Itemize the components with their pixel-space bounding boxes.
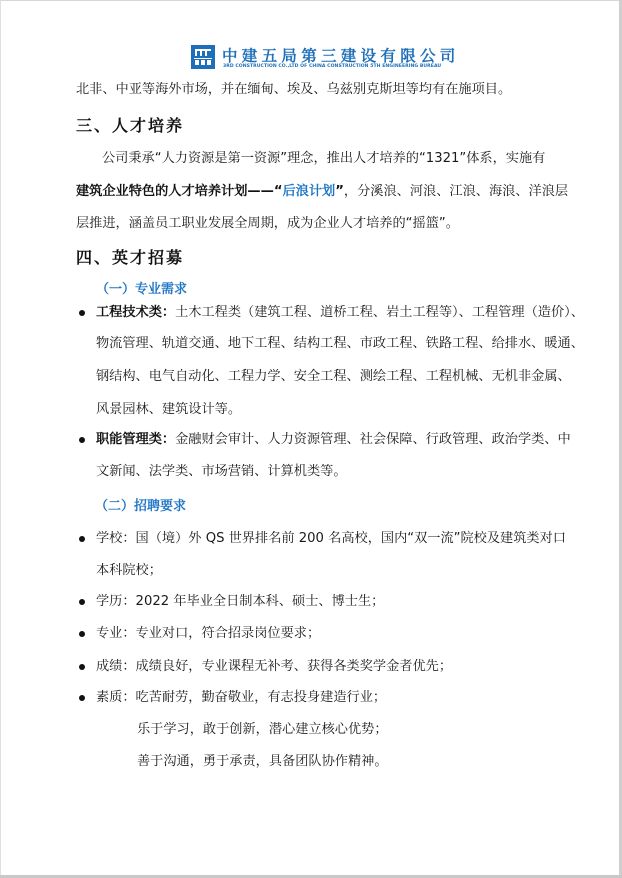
paragraph-line: 建筑企业特色的人才培养计划——“后浪计划”，分溪浪、河浪、江浪、海浪、洋浪层 [76, 183, 568, 201]
list-item-label: 工程技术类： [96, 305, 175, 320]
intro-tail-text: 北非、中亚等海外市场，并在缅甸、埃及、乌兹别克斯坦等均有在施项目。 [76, 81, 511, 99]
bullet-icon [79, 599, 85, 605]
houlang-plan-highlight: 后浪计划 [282, 184, 335, 199]
requirement-education: 学历：2022 年毕业全日制本科、硕士、博士生； [96, 593, 384, 611]
list-item-continuation: 钢结构、电气自动化、工程力学、安全工程、测绘工程、工程机械、无机非金属、 [96, 368, 571, 386]
list-item-continuation: 本科院校； [96, 562, 162, 580]
requirement-school: 学校：国（境）外 QS 世界排名前 200 名高校，国内“双一流”院校及建筑类对… [96, 530, 566, 548]
bullet-icon [79, 536, 85, 542]
paragraph-line: 层推进，涵盖员工职业发展全周期，成为企业人才培养的“摇篮”。 [76, 215, 459, 233]
bullet-icon [79, 664, 85, 670]
list-item-engineering: 工程技术类：土木工程类（建筑工程、道桥工程、岩土工程等）、工程管理（造价）、 [96, 304, 584, 322]
plan-title-bold: 建筑企业特色的人才培养计划—— [76, 184, 274, 199]
company-name-en: 3RD CONSTRUCTION CO.,LTD OF CHINA CONSTR… [223, 64, 441, 69]
subheading-major-requirements: （一）专业需求 [96, 278, 187, 297]
cscec-logo-icon [191, 45, 215, 69]
list-item-continuation: 风景园林、建筑设计等。 [96, 401, 241, 419]
section-heading-talent-training: 三、人才培养 [76, 113, 184, 136]
list-item-management: 职能管理类：金融财会审计、人力资源管理、社会保障、行政管理、政治学类、中 [96, 431, 571, 449]
list-item-continuation: 善于沟通，勇于承责，具备团队协作精神。 [137, 753, 388, 771]
list-item-label: 职能管理类： [96, 432, 175, 447]
requirement-grades: 成绩：成绩良好，专业课程无补考、获得各类奖学金者优先； [96, 658, 452, 676]
subheading-recruitment-requirements: （二）招聘要求 [95, 495, 186, 514]
bullet-icon [79, 631, 85, 637]
list-item-continuation: 物流管理、轨道交通、地下工程、结构工程、市政工程、铁路工程、给排水、暖通、 [96, 335, 584, 353]
bullet-icon [79, 310, 85, 316]
bullet-icon [79, 695, 85, 701]
company-name-cn: 中建五局第三建设有限公司 [222, 44, 460, 66]
list-item-continuation: 文新闻、法学类、市场营销、计算机类等。 [96, 463, 347, 481]
list-item-continuation: 乐于学习，敢于创新，潜心建立核心优势； [137, 721, 388, 739]
paragraph-line: 公司秉承“人力资源是第一资源”理念，推出人才培养的“1321”体系，实施有 [102, 150, 545, 168]
requirement-qualities: 素质：吃苦耐劳，勤奋敬业，有志投身建造行业； [96, 689, 386, 707]
section-heading-recruitment: 四、英才招募 [76, 245, 184, 268]
requirement-major: 专业：专业对口，符合招录岗位要求； [96, 625, 320, 643]
bullet-icon [79, 437, 85, 443]
document-page: 中建五局第三建设有限公司 3RD CONSTRUCTION CO.,LTD OF… [0, 0, 619, 875]
